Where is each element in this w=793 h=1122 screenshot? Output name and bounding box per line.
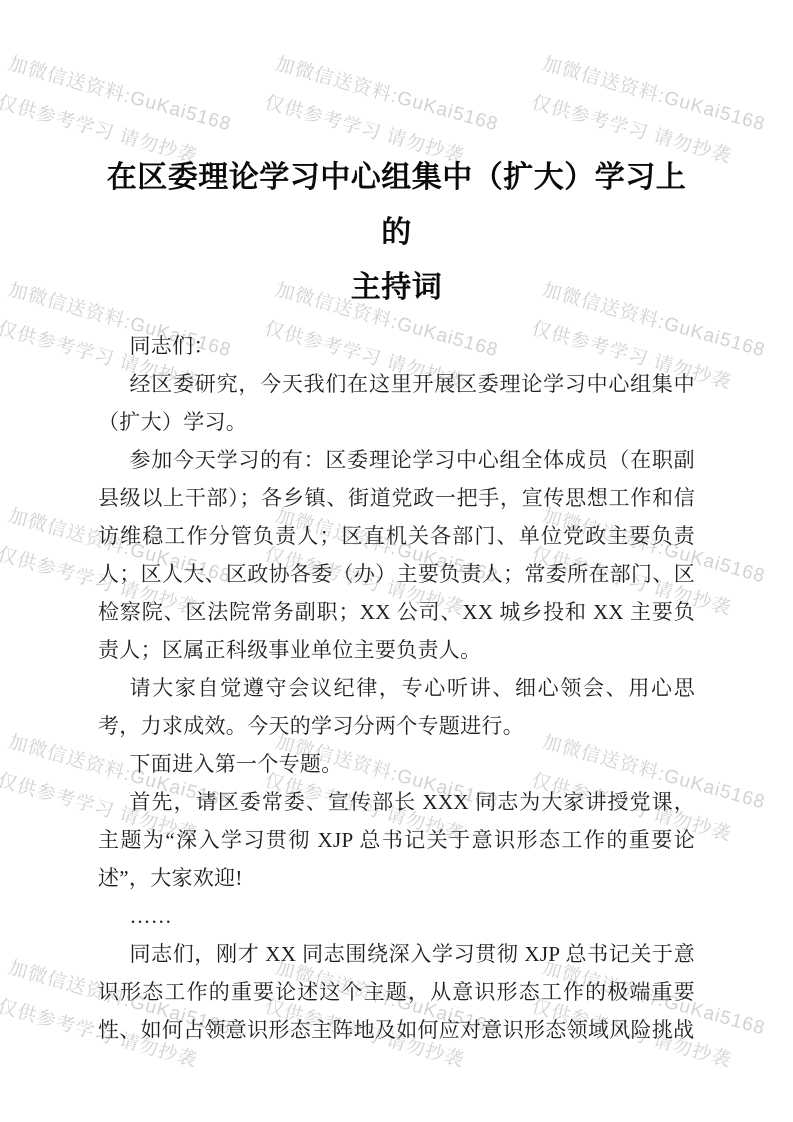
paragraph-4: 请大家自觉遵守会议纪律，专心听讲、细心领会、用心思考，力求成效。今天的学习分两个…	[98, 669, 695, 745]
paragraph-7: ……	[98, 897, 695, 935]
paragraph-8: 同志们，刚才 XX 同志围绕深入学习贯彻 XJP 总书记关于意识形态工作的重要论…	[98, 935, 695, 1049]
paragraph-3: 参加今天学习的有：区委理论学习中心组全体成员（在职副县级以上干部）；各乡镇、街道…	[98, 441, 695, 669]
paragraph-5: 下面进入第一个专题。	[98, 745, 695, 783]
paragraph-1: 同志们：	[98, 327, 695, 365]
document-page: 加微信送资料:GuKai5168仅供参考学习 请勿抄袭加微信送资料:GuKai5…	[0, 0, 793, 1122]
document-title: 在区委理论学习中心组集中（扩大）学习上的 主持词	[98, 150, 695, 315]
paragraph-2: 经区委研究，今天我们在这里开展区委理论学习中心组集中（扩大）学习。	[98, 365, 695, 441]
document-content: 在区委理论学习中心组集中（扩大）学习上的 主持词 同志们：经区委研究，今天我们在…	[0, 0, 793, 1122]
document-body: 同志们：经区委研究，今天我们在这里开展区委理论学习中心组集中（扩大）学习。参加今…	[98, 327, 695, 1049]
title-line-2: 主持词	[98, 260, 695, 315]
title-line-1: 在区委理论学习中心组集中（扩大）学习上的	[98, 150, 695, 260]
paragraph-6: 首先，请区委常委、宣传部长 XXX 同志为大家讲授党课，主题为“深入学习贯彻 X…	[98, 783, 695, 897]
